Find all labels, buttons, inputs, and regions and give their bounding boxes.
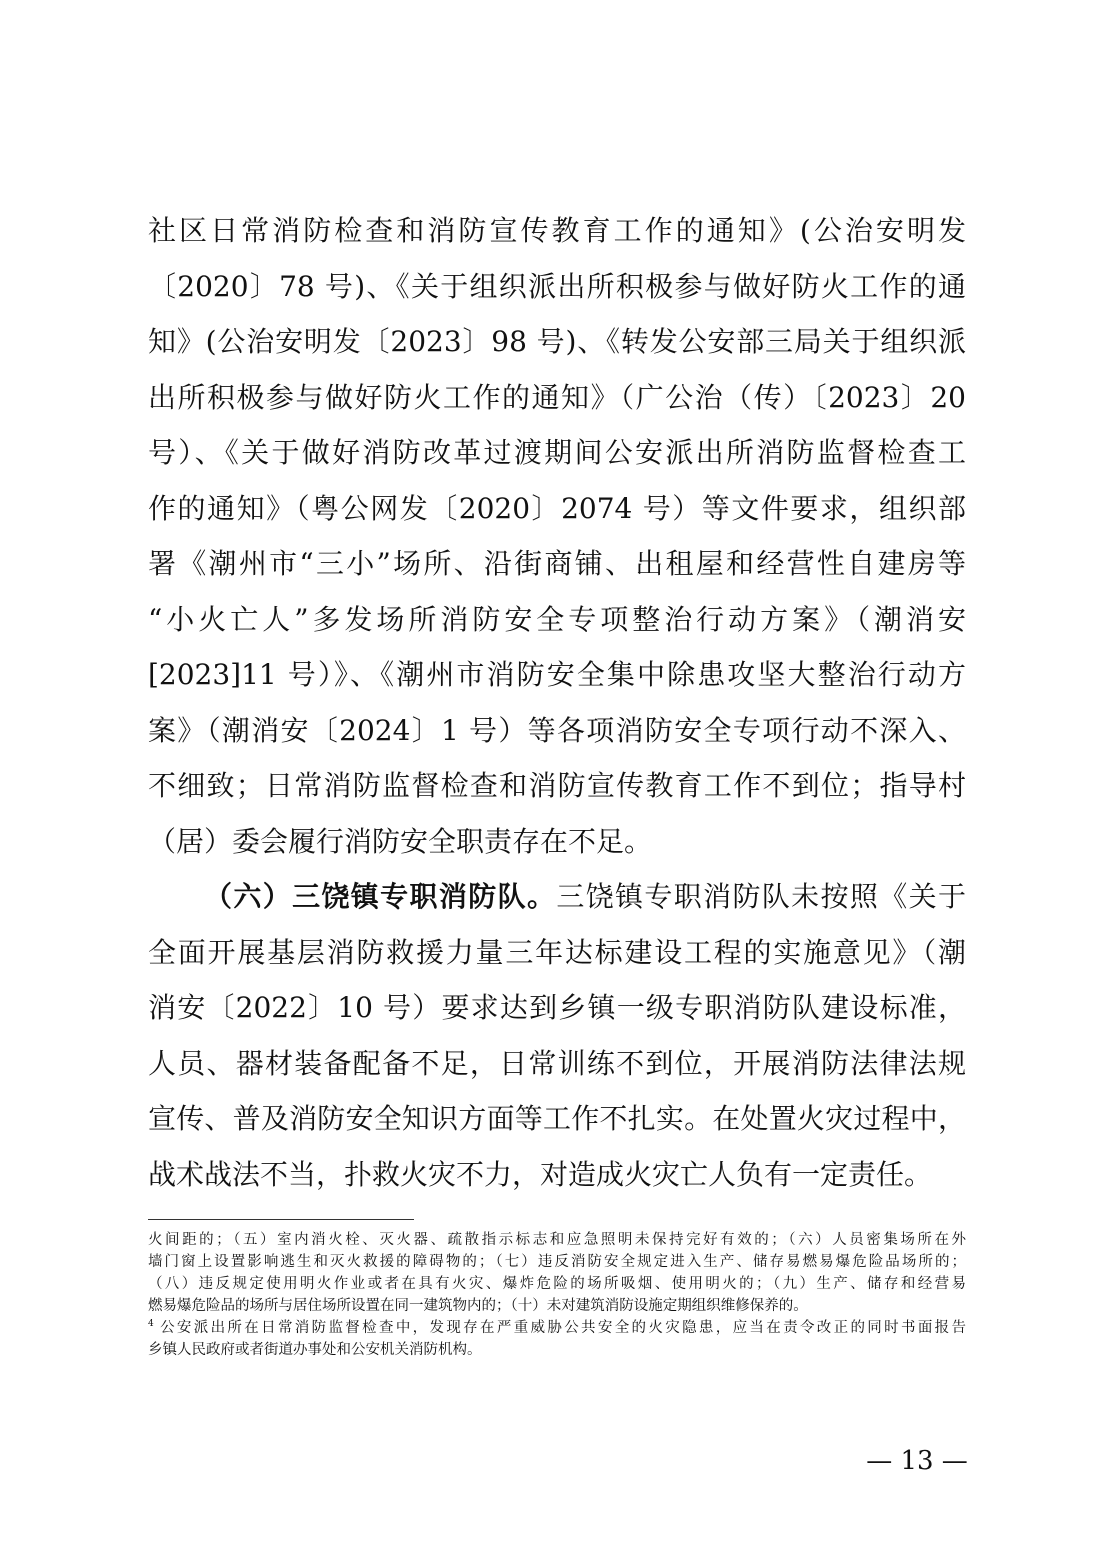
body-line: 案》（潮消安〔2024〕1 号）等各项消防安全专项行动不深入、 (148, 703, 966, 759)
body-line: 战术战法不当，扑救火灾不力，对造成火灾亡人负有一定责任。 (148, 1147, 966, 1203)
body-line: 宣传、普及消防安全知识方面等工作不扎实。在处置火灾过程中， (148, 1091, 966, 1147)
body-line: 消安〔2022〕10 号）要求达到乡镇一级专职消防队建设标准， (148, 980, 966, 1036)
body-line: 全面开展基层消防救援力量三年达标建设工程的实施意见》（潮 (148, 925, 966, 981)
footnote-4-line: 4公安派出所在日常消防监督检查中，发现存在严重威胁公共安全的火灾隐患，应当在责令… (148, 1317, 966, 1339)
body-line: 出所积极参与做好防火工作的通知》（广公治（传）〔2023〕20 (148, 370, 966, 426)
body-line: 社区日常消防检查和消防宣传教育工作的通知》(公治安明发 (148, 203, 966, 259)
body-line: 作的通知》（粤公网发〔2020〕2074 号）等文件要求，组织部 (148, 481, 966, 537)
body-line: 号）、《关于做好消防改革过渡期间公安派出所消防监督检查工 (148, 425, 966, 481)
footnote-text: 公安派出所在日常消防监督检查中，发现存在严重威胁公共安全的火灾隐患，应当在责令改… (158, 1320, 966, 1336)
section-six-first-line: （六）三饶镇专职消防队。三饶镇专职消防队未按照《关于 (148, 869, 966, 925)
body-line: 知》(公治安明发〔2023〕98 号)、《转发公安部三局关于组织派 (148, 314, 966, 370)
body-line: （居）委会履行消防安全职责存在不足。 (148, 814, 966, 870)
document-page: 社区日常消防检查和消防宣传教育工作的通知》(公治安明发 〔2020〕78 号)、… (0, 0, 1102, 1559)
section-text: 三饶镇专职消防队未按照《关于 (556, 880, 966, 913)
footnote-line: 火间距的；（五）室内消火栓、灭火器、疏散指示标志和应急照明未保持完好有效的；（六… (148, 1229, 966, 1251)
body-line: 署《潮州市“三小”场所、沿街商铺、出租屋和经营性自建房等 (148, 536, 966, 592)
body-text: 社区日常消防检查和消防宣传教育工作的通知》(公治安明发 〔2020〕78 号)、… (148, 203, 966, 1202)
body-line: “小火亡人”多发场所消防安全专项整治行动方案》（潮消安 (148, 592, 966, 648)
body-line: 人员、器材装备配备不足，日常训练不到位，开展消防法律法规 (148, 1036, 966, 1092)
footnote-line: 乡镇人民政府或者街道办事处和公安机关消防机构。 (148, 1339, 966, 1361)
footnote-line: （八）违反规定使用明火作业或者在具有火灾、爆炸危险的场所吸烟、使用明火的；（九）… (148, 1273, 966, 1295)
body-line: 不细致；日常消防监督检查和消防宣传教育工作不到位；指导村 (148, 758, 966, 814)
section-heading: （六）三饶镇专职消防队。 (204, 880, 556, 913)
footnote-marker: 4 (148, 1319, 154, 1329)
footnote-divider (148, 1219, 414, 1220)
footnote-line: 燃易爆危险品的场所与居住场所设置在同一建筑物内的；（十）未对建筑消防设施定期组织… (148, 1295, 966, 1317)
body-line: 〔2020〕78 号)、《关于组织派出所积极参与做好防火工作的通 (148, 259, 966, 315)
footnote-line: 墙门窗上设置影响逃生和灭火救援的障碍物的；（七）违反消防安全规定进入生产、储存易… (148, 1251, 966, 1273)
body-line: [2023]11 号）》、《潮州市消防安全集中除患攻坚大整治行动方 (148, 647, 966, 703)
footnotes: 火间距的；（五）室内消火栓、灭火器、疏散指示标志和应急照明未保持完好有效的；（六… (148, 1229, 966, 1361)
page-number: — 13 — (862, 1443, 972, 1479)
